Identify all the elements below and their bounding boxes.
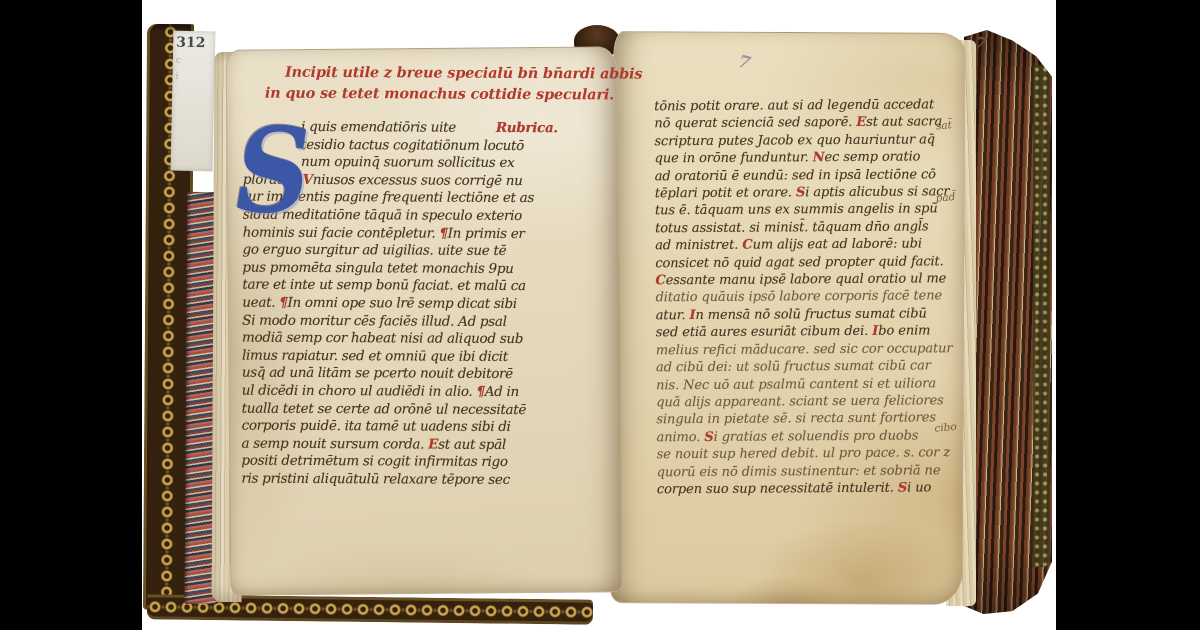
right-page-text: tōnis potit orare. aut si ad legendū acc… (654, 96, 967, 498)
text-line: tus ē. tāquam uns ex summis angelis in s… (655, 201, 965, 221)
text-line: positi detrimētum si cogit infirmitas ri… (241, 453, 615, 473)
text-line: num opuinq̄ suorum sollicitus ex (301, 154, 617, 173)
rubric-line-1: Incipit utile z breue specialū bn̄ bn̄ar… (285, 64, 642, 83)
text-line: ad oratoriū ē eundū: sed in ipsā lectiōn… (655, 166, 965, 186)
folio-number-pencil: 7 (736, 52, 752, 74)
illuminated-initial: S (235, 98, 300, 251)
right-page-margin: sat̄pad̄cibo (934, 34, 971, 604)
text-line: ueat. ¶In omni ope suo lrē semp dicat si… (242, 295, 616, 315)
text-line: ris pristini aliquātulū relaxare tēpore … (241, 470, 615, 490)
text-line: tesidio tactus cogitatiōnum locutō (301, 136, 617, 155)
text-line: animo. Si gratias et soluendis pro duobs (656, 427, 966, 447)
shelfmark-faint-text: c (176, 56, 181, 66)
text-line: quorū eis nō dimis sustinentur: et sobri… (657, 462, 967, 482)
text-line: ul dicēdi in choro ul audiēdi in alio. ¶… (242, 382, 616, 402)
text-line: tare et inte ut semp bonū faciat. et mal… (242, 277, 616, 297)
text-line: totus assistat. si minist̄. tāquam dn̄o … (655, 218, 965, 238)
shelfmark-label: 312 c i (171, 31, 216, 172)
text-line: i quis emendatiōris uite Rubrica. (301, 119, 617, 138)
text-line: que in orōne funduntur. Nec semp oratio (655, 148, 965, 168)
text-line: nis. Nec uō aut psalmū cantent si et uil… (656, 375, 966, 395)
text-line: quā alijs appareant. sciant se uera feli… (656, 392, 966, 412)
text-line: modiā semp cor habeat nisi ad aliquod su… (242, 330, 616, 350)
text-line: ad cibū dei: ut solū fructus sumat cibū … (656, 357, 966, 377)
text-line: nō querat scienciā sed saporē. Est aut s… (654, 114, 964, 134)
text-line: ditatio quāuis ipsō labore corporis facē… (655, 288, 965, 308)
text-line: singula in pietate sē. si recta sunt for… (656, 409, 966, 429)
text-line: tōnis potit orare. aut si ad legendū acc… (654, 96, 964, 116)
text-line: atur. In mensā nō solū fructus sumat cib… (656, 305, 966, 325)
text-line: sed etiā aures esuriāt cibum dei. Ibo en… (656, 322, 966, 342)
marginal-note: cibo (934, 421, 957, 435)
text-line: Si modo moritur cēs faciēs illud. Ad psa… (242, 312, 616, 332)
shelfmark-number: 312 (176, 35, 206, 52)
rubric-line-2: in quo se tetet monachus cottidie specul… (265, 83, 642, 106)
text-line: corporis puidē. ita tamē ut uadens sibi … (242, 418, 616, 438)
text-line: usq̄ ad unā litām se pcerto nouit debito… (242, 365, 616, 385)
text-line: tēplari potit et orare. Si aptis alicubu… (655, 183, 965, 203)
text-line: ad ministret. Cum alijs eat ad laborē: u… (655, 235, 965, 255)
rubric-heading: Incipit utile z breue specialū bn̄ bn̄ar… (285, 62, 643, 106)
marginal-note: sat̄ (936, 119, 953, 132)
manuscript-photo: 312 c i 7 7 tōnis potit orare. aut si ad… (0, 0, 1200, 630)
text-line: consicet nō quid agat sed propter quid f… (655, 253, 965, 273)
right-page: 7 tōnis potit orare. aut si ad legendū a… (611, 31, 966, 605)
text-line: tualla tetet se certe ad orōnē ul necess… (242, 400, 616, 420)
text-line: Cessante manu ipsē labore qual oratio ul… (655, 270, 965, 290)
text-line: melius refici māducare. sed sic cor occu… (656, 340, 966, 360)
text-line: limus rapiatur. sed et omniū que ibi dic… (242, 347, 616, 367)
text-line: se nouit sup hered debit. ul pro pace. s… (657, 444, 967, 464)
text-line: pus pmomēta singula tetet monachis 9pu (242, 259, 616, 279)
text-line: corpen suo sup necessitatē intulerit. Si… (657, 479, 967, 499)
fore-edge-page-block (964, 30, 1052, 614)
shelfmark-faint-text: i (175, 72, 178, 82)
text-line: a semp nouit sursum corda. Est aut spāl (241, 435, 615, 455)
left-page: Incipit utile z breue specialū bn̄ bn̄ar… (226, 46, 623, 595)
marginal-note: pad̄ (935, 191, 956, 205)
text-line: scriptura putes Jacob ex quo hauriuntur … (654, 131, 964, 151)
